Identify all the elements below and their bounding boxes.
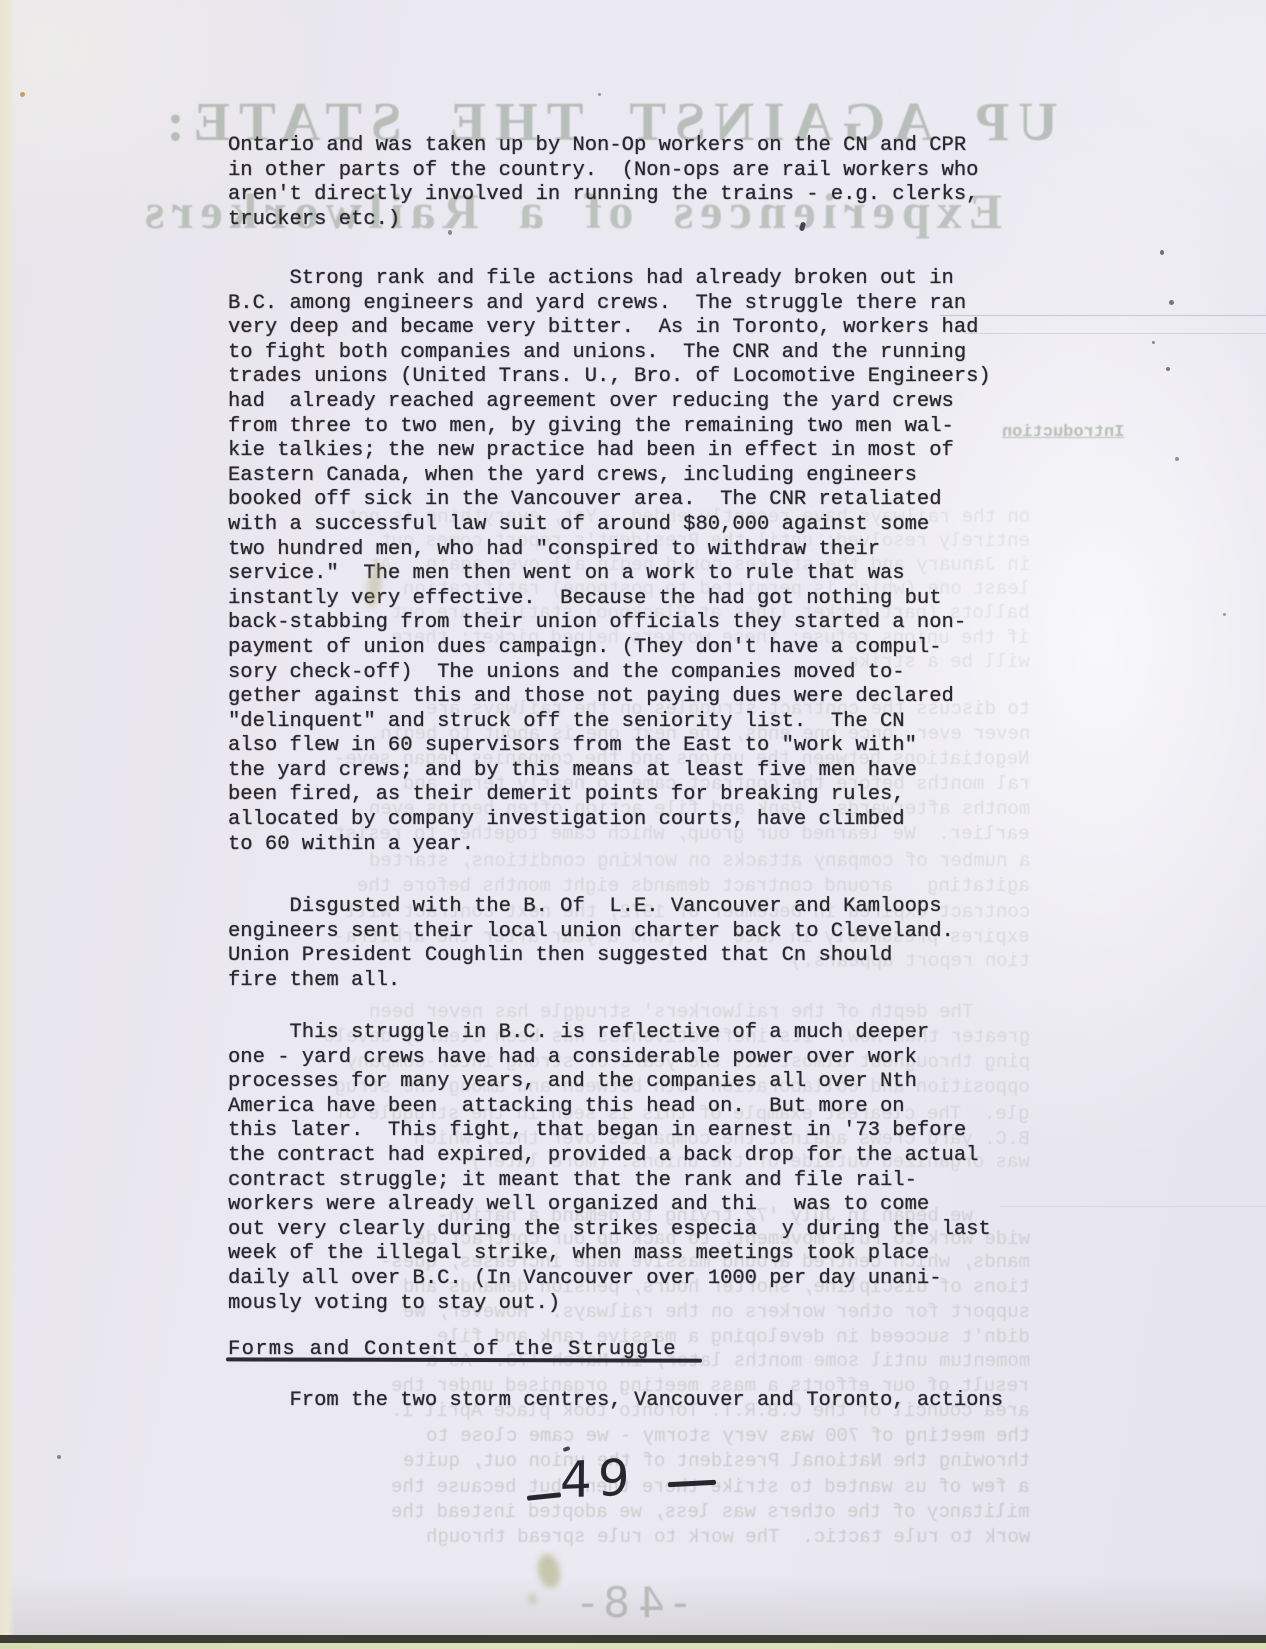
ink-speck bbox=[1223, 613, 1226, 616]
scanned-document-page: UP AGAINST THE STATE: Experiences of a R… bbox=[0, 0, 1266, 1649]
paragraph-continuation: Ontario and was taken up by Non-Op worke… bbox=[228, 134, 978, 232]
paper-crease bbox=[1000, 1206, 1266, 1207]
paper-stain bbox=[528, 1594, 537, 1604]
bleedthrough-text-line: throwing the National President of the u… bbox=[403, 1452, 1030, 1471]
paragraph-deeper-struggle: This struggle in B.C. is reflective of a… bbox=[228, 1021, 991, 1316]
bleedthrough-page-number: -48- bbox=[545, 1578, 715, 1627]
paragraph-disgusted-engineers: Disgusted with the B. Of L.E. Vancouver … bbox=[228, 895, 954, 993]
ink-speck bbox=[57, 1455, 61, 1459]
ink-speck bbox=[1166, 367, 1170, 371]
bleedthrough-text-line: the meeting of 700 was very stormy - we … bbox=[426, 1427, 1030, 1446]
ink-speck bbox=[1152, 341, 1155, 344]
bleedthrough-text-line: The depth of the railworkers' struggle h… bbox=[369, 1003, 1030, 1022]
ink-speck bbox=[20, 92, 25, 97]
ink-speck bbox=[1169, 300, 1174, 305]
ink-speck bbox=[1175, 457, 1179, 461]
ink-speck bbox=[1160, 250, 1164, 255]
scan-edge-left bbox=[0, 0, 15, 1649]
bleedthrough-section-heading: Introduction bbox=[1002, 423, 1124, 442]
scan-edge-line bbox=[0, 1635, 1266, 1643]
paragraph-bc-rank-and-file: Strong rank and file actions had already… bbox=[228, 267, 991, 857]
bleedthrough-text-line: work to rule tactic. The work to rule sp… bbox=[426, 1528, 1030, 1547]
bleedthrough-text-line: agitating around contract demands eight … bbox=[357, 877, 1030, 896]
handwritten-number: 49 bbox=[560, 1448, 636, 1509]
paper-crease bbox=[965, 333, 1266, 334]
bleedthrough-text-line: militancy of the others was less, we ado… bbox=[391, 1503, 1030, 1522]
paper-crease bbox=[940, 315, 1266, 316]
ink-speck bbox=[448, 230, 452, 235]
paragraph-storm-centres: From the two storm centres, Vancouver an… bbox=[228, 1389, 1003, 1414]
ink-speck bbox=[598, 93, 601, 96]
scan-edge-bottom bbox=[0, 1643, 1266, 1649]
